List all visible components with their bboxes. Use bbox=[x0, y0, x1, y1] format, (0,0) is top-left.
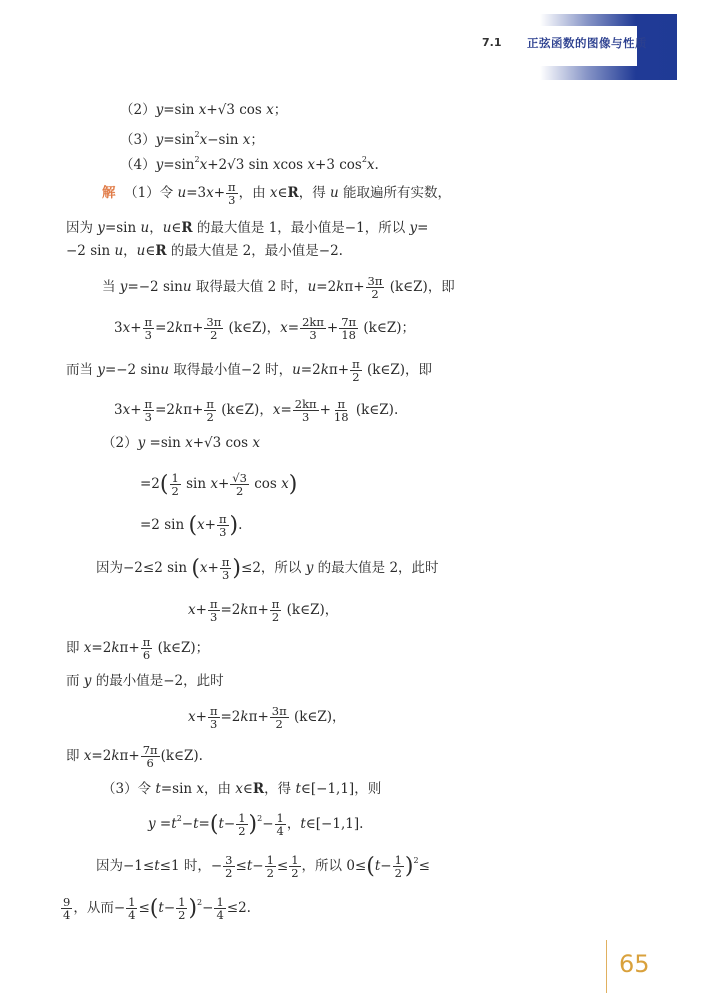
part3-line-3: 因为−1≤t≤1 时，−32≤t−12≤12，所以 0≤(t−12)2≤ bbox=[96, 852, 430, 879]
problem-4: （4）y=sin2x+2√3 sin xcos x+3 cos2x. bbox=[120, 151, 379, 174]
page-number-divider bbox=[606, 940, 607, 993]
problem-3: （3）y=sin2x−sin x； bbox=[120, 126, 264, 149]
part3-line-4: 94，从而−14≤(t−12)2−14≤2. bbox=[60, 894, 251, 921]
part2-line-6: 即 x=2kπ+π6 (k∈Z)； bbox=[66, 636, 209, 661]
solution-line-3: −2 sin u，u∈R 的最大值是 2，最小值是−2. bbox=[66, 242, 343, 260]
part2-line-2: =2(12 sin x+√32 cos x) bbox=[140, 472, 297, 497]
solution-line-6: 而当 y=−2 sinu 取得最小值−2 时，u=2kπ+π2 (k∈Z)，即 bbox=[66, 358, 432, 383]
solution-label: 解 bbox=[102, 185, 116, 201]
part2-line-8: x+π3=2kπ+3π2 (k∈Z)， bbox=[188, 705, 346, 730]
section-number: 7.1 bbox=[482, 36, 502, 49]
solution-line-4: 当 y=−2 sinu 取得最大值 2 时，u=2kπ+3π2 (k∈Z)，即 bbox=[102, 275, 455, 300]
section-title: 正弦函数的图像与性质 bbox=[527, 35, 647, 51]
part3-line-1: （3）令 t=sin x，由 x∈R，得 t∈[−1,1]，则 bbox=[102, 780, 381, 798]
part2-line-1: （2）y =sin x+√3 cos x bbox=[102, 434, 260, 452]
part2-line-3: =2 sin (x+π3). bbox=[140, 513, 242, 538]
solution-line-2: 因为 y=sin u，u∈R 的最大值是 1，最小值是−1，所以 y= bbox=[66, 219, 428, 237]
part3-line-2: y =t2−t=(t−12)2−14，t∈[−1,1]. bbox=[148, 810, 363, 837]
part2-line-7: 而 y 的最小值是−2，此时 bbox=[66, 672, 224, 690]
page-number: 65 bbox=[619, 950, 650, 978]
part2-line-4: 因为−2≤2 sin (x+π3)≤2，所以 y 的最大值是 2，此时 bbox=[96, 556, 439, 581]
problem-2: （2）y=sin x+√3 cos x； bbox=[120, 101, 287, 119]
solution-line-5: 3x+π3=2kπ+3π2 (k∈Z)，x=2kπ3+7π18 (k∈Z)； bbox=[114, 316, 415, 341]
solution-line-1: 解 （1）令 u=3x+π3，由 x∈R，得 u 能取遍所有实数， bbox=[102, 181, 451, 206]
part2-line-5: x+π3=2kπ+π2 (k∈Z)， bbox=[188, 598, 338, 623]
solution-line-7: 3x+π3=2kπ+π2 (k∈Z)，x=2kπ3+π18 (k∈Z). bbox=[114, 398, 398, 423]
part2-line-9: 即 x=2kπ+7π6(k∈Z). bbox=[66, 744, 203, 769]
